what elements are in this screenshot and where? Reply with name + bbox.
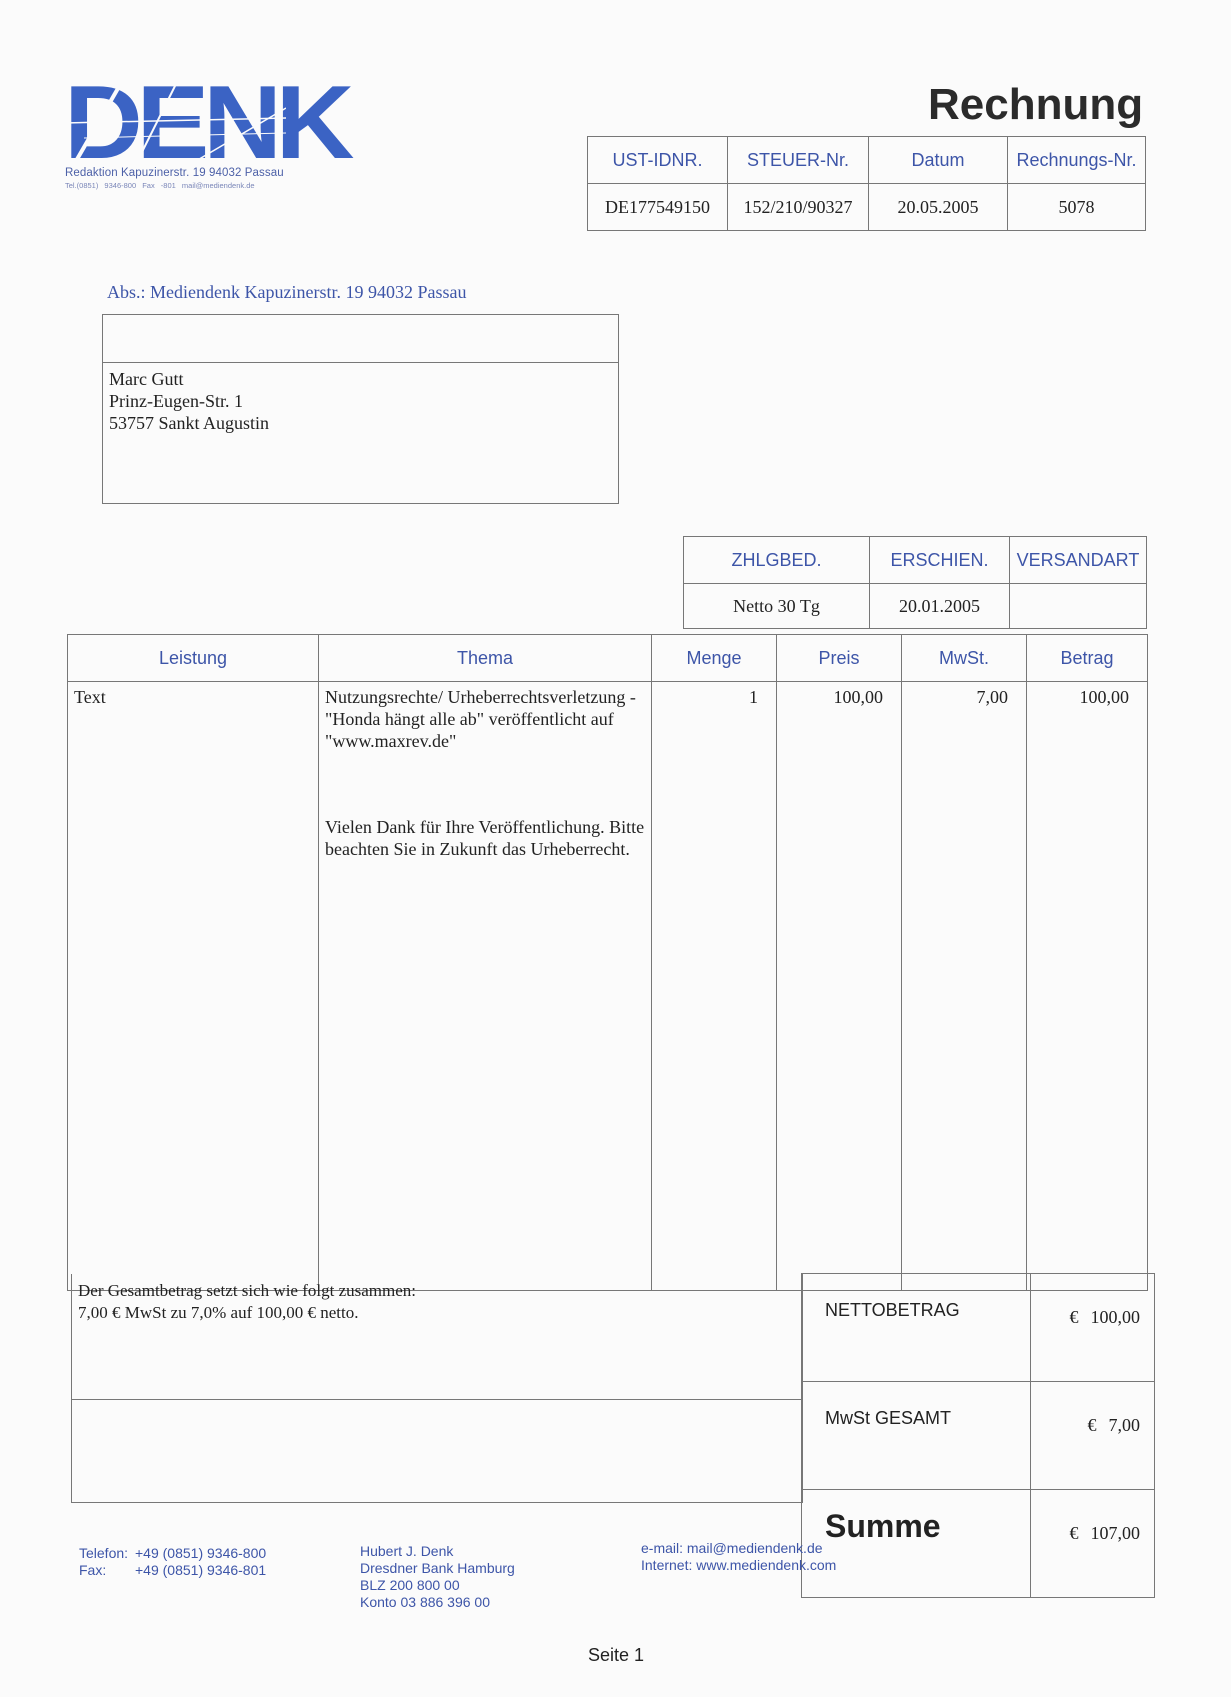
summe-value: 107,00 [1091, 1523, 1141, 1543]
logo-contact: Tel.(0851) 9346-800 Fax -801 mail@medien… [65, 181, 255, 190]
cell-preis: 100,00 [777, 682, 902, 1291]
address-box-header [103, 315, 618, 363]
header-zahlungsbedingung: ZHLGBED. [684, 537, 870, 584]
mwst-value: 7,00 [1109, 1415, 1141, 1435]
line-items-table: Leistung Thema Menge Preis MwSt. Betrag … [67, 634, 1148, 1291]
invoice-meta-table: UST-IDNR. STEUER-Nr. Datum Rechnungs-Nr.… [587, 136, 1146, 231]
header-ust-idnr: UST-IDNR. [588, 137, 728, 184]
header-mwst: MwSt. [902, 635, 1027, 682]
header-datum: Datum [869, 137, 1008, 184]
header-erscheinungsdatum: ERSCHIEN. [870, 537, 1010, 584]
notes-line-2: 7,00 € MwSt zu 7,0% auf 100,00 € netto. [78, 1302, 796, 1324]
payment-terms-table: ZHLGBED. ERSCHIEN. VERSANDART Netto 30 T… [683, 536, 1147, 629]
value-erscheinungsdatum: 20.01.2005 [870, 584, 1010, 629]
value-steuer-nr: 152/210/90327 [728, 184, 869, 231]
phone-label: Telefon: [79, 1545, 135, 1562]
company-logo: DENK [64, 78, 286, 168]
netto-label: NETTOBETRAG [802, 1274, 1031, 1382]
document-title: Rechnung [928, 80, 1143, 130]
thema-note: Vielen Dank für Ihre Veröffentlichung. B… [325, 816, 645, 860]
tax-summary-notes: Der Gesamtbetrag setzt sich wie folgt zu… [71, 1274, 803, 1503]
bank-name: Dresdner Bank Hamburg [360, 1560, 515, 1577]
cell-mwst: 7,00 [902, 682, 1027, 1291]
header-menge: Menge [652, 635, 777, 682]
bank-owner: Hubert J. Denk [360, 1543, 515, 1560]
bank-konto: Konto 03 886 396 00 [360, 1594, 515, 1611]
notes-line-1: Der Gesamtbetrag setzt sich wie folgt zu… [78, 1280, 796, 1302]
recipient-street: Prinz-Eugen-Str. 1 [109, 390, 612, 412]
totals-table: NETTOBETRAG €100,00 MwSt GESAMT €7,00 Su… [801, 1273, 1155, 1598]
table-row: Text Nutzungsrechte/ Urheberrechtsverlet… [68, 682, 1148, 1291]
footer-phone-block: Telefon:+49 (0851) 9346-800 Fax:+49 (085… [79, 1545, 266, 1579]
cell-betrag: 100,00 [1027, 682, 1148, 1291]
netto-value: 100,00 [1091, 1307, 1141, 1327]
header-rechnungs-nr: Rechnungs-Nr. [1008, 137, 1146, 184]
mwst-label: MwSt GESAMT [802, 1382, 1031, 1490]
page-number: Seite 1 [588, 1645, 644, 1666]
footer-email[interactable]: e-mail: mail@mediendenk.de [641, 1540, 836, 1557]
value-zahlungsbedingung: Netto 30 Tg [684, 584, 870, 629]
netto-amount: €100,00 [1031, 1274, 1155, 1382]
bank-blz: BLZ 200 800 00 [360, 1577, 515, 1594]
phone-number: +49 (0851) 9346-800 [135, 1545, 266, 1561]
summe-amount: €107,00 [1031, 1490, 1155, 1598]
footer-bank-block: Hubert J. Denk Dresdner Bank Hamburg BLZ… [360, 1543, 515, 1611]
cell-leistung: Text [68, 682, 319, 1291]
value-ust-idnr: DE177549150 [588, 184, 728, 231]
cell-thema: Nutzungsrechte/ Urheberrechtsverletzung … [319, 682, 652, 1291]
sender-line: Abs.: Mediendenk Kapuzinerstr. 19 94032 … [107, 282, 466, 303]
header-preis: Preis [777, 635, 902, 682]
recipient-address-box: Marc Gutt Prinz-Eugen-Str. 1 53757 Sankt… [102, 314, 619, 504]
euro-symbol: € [1088, 1415, 1097, 1435]
footer-web-block: e-mail: mail@mediendenk.de Internet: www… [641, 1540, 836, 1574]
value-versandart [1010, 584, 1147, 629]
header-thema: Thema [319, 635, 652, 682]
header-leistung: Leistung [68, 635, 319, 682]
logo-slash-decoration [64, 78, 286, 168]
cell-menge: 1 [652, 682, 777, 1291]
fax-label: Fax: [79, 1562, 135, 1579]
recipient-city: 53757 Sankt Augustin [109, 412, 612, 434]
euro-symbol: € [1070, 1523, 1079, 1543]
value-datum: 20.05.2005 [869, 184, 1008, 231]
footer-internet[interactable]: Internet: www.mediendenk.com [641, 1557, 836, 1574]
recipient-name: Marc Gutt [109, 368, 612, 390]
euro-symbol: € [1070, 1307, 1079, 1327]
mwst-amount: €7,00 [1031, 1382, 1155, 1490]
thema-description: Nutzungsrechte/ Urheberrechtsverletzung … [325, 686, 645, 752]
header-betrag: Betrag [1027, 635, 1148, 682]
logo-address: Redaktion Kapuzinerstr. 19 94032 Passau [65, 167, 284, 179]
fax-number: +49 (0851) 9346-801 [135, 1562, 266, 1578]
header-versandart: VERSANDART [1010, 537, 1147, 584]
header-steuer-nr: STEUER-Nr. [728, 137, 869, 184]
value-rechnungs-nr: 5078 [1008, 184, 1146, 231]
